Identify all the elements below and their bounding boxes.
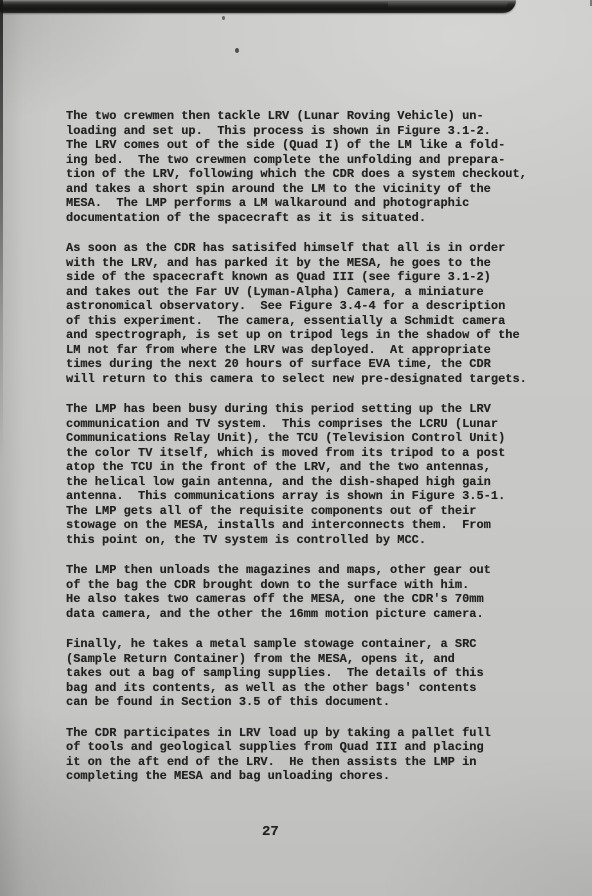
page-left-edge-shadow — [0, 0, 3, 460]
scan-speck — [222, 16, 225, 20]
paragraph: The CDR participates in LRV load up by t… — [66, 726, 558, 784]
document-text: The two crewmen then tackle LRV (Lunar R… — [66, 109, 558, 800]
scan-speck — [235, 48, 239, 53]
paragraph: The LMP then unloads the magazines and m… — [66, 563, 558, 621]
paragraph: Finally, he takes a metal sample stowage… — [66, 637, 558, 710]
binder-edge-highlight — [388, 2, 508, 8]
binder-edge-bar — [0, 0, 516, 13]
scanned-document-page: The two crewmen then tackle LRV (Lunar R… — [0, 0, 592, 896]
paragraph: As soon as the CDR has satisifed himself… — [66, 241, 558, 386]
paragraph: The two crewmen then tackle LRV (Lunar R… — [66, 109, 558, 225]
page-number: 27 — [262, 824, 279, 841]
paragraph: The LMP has been busy during this period… — [66, 402, 558, 547]
